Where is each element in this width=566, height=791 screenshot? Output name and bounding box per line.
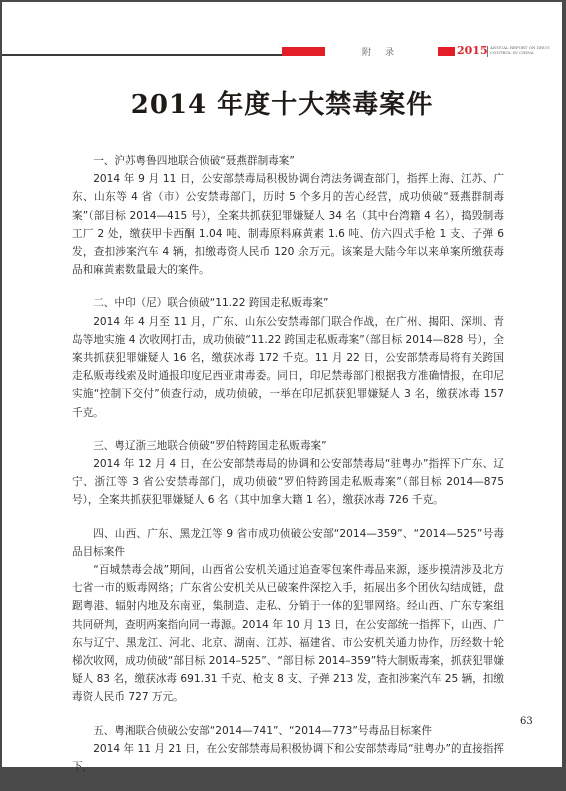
case-section-2: 二、中印（尼）联合侦破“11.22 跨国走私贩毒案” 2014 年 4 月至 1… [72,294,504,421]
header-report-title: ANNUAL REPORT ON DRUG CONTROL IN CHINA [490,45,550,55]
case-paragraph: 2014 年 12 月 4 日，在公安部禁毒局的协调和公安部禁毒局“驻粤办”指挥… [72,455,504,510]
header-accent-bar-right [438,47,455,56]
case-heading: 三、粤辽浙三地联合侦破“罗伯特跨国走私贩毒案” [72,437,504,455]
case-paragraph: 2014 年 11 月 21 日，在公安部禁毒局积极协调下和公安部禁毒局“驻粤办… [72,740,504,771]
document-page: 附录 2015 ANNUAL REPORT ON DRUG CONTROL IN… [2,2,562,767]
article-body: 一、沪苏粤鲁四地联合侦破“聂燕群制毒案” 2014 年 9 月 11 日，公安部… [72,152,504,771]
case-heading: 二、中印（尼）联合侦破“11.22 跨国走私贩毒案” [72,294,504,312]
header-year: 2015 [457,44,488,57]
case-section-1: 一、沪苏粤鲁四地联合侦破“聂燕群制毒案” 2014 年 9 月 11 日，公安部… [72,152,504,279]
case-paragraph: 2014 年 9 月 11 日，公安部禁毒局积极协调台湾法务调查部门，指挥上海、… [72,170,504,279]
header-divider [487,46,488,57]
header-section-label: 附录 [362,45,408,58]
case-paragraph: “百城禁毒会战”期间，山西省公安机关通过追查零包案件毒品来源，逐步摸清涉及北方七… [72,561,504,707]
case-paragraph: 2014 年 4 月至 11 月，广东、山东公安禁毒部门联合作战，在广州、揭阳、… [72,313,504,422]
case-heading: 一、沪苏粤鲁四地联合侦破“聂燕群制毒案” [72,152,504,170]
page-title: 2014 年度十大禁毒案件 [2,84,562,121]
case-heading: 五、粤湘联合侦破公安部“2014—741”、“2014—773”号毒品目标案件 [72,722,504,740]
header-accent-bar-left [282,47,325,56]
case-section-3: 三、粤辽浙三地联合侦破“罗伯特跨国走私贩毒案” 2014 年 12 月 4 日，… [72,437,504,510]
case-section-4: 四、山西、广东、黑龙江等 9 省市成功侦破公安部“2014—359”、“2014… [72,525,504,707]
case-section-5: 五、粤湘联合侦破公安部“2014—741”、“2014—773”号毒品目标案件 … [72,722,504,771]
header-rule [2,54,288,56]
case-heading: 四、山西、广东、黑龙江等 9 省市成功侦破公安部“2014—359”、“2014… [72,525,504,561]
page-number: 63 [520,716,533,727]
